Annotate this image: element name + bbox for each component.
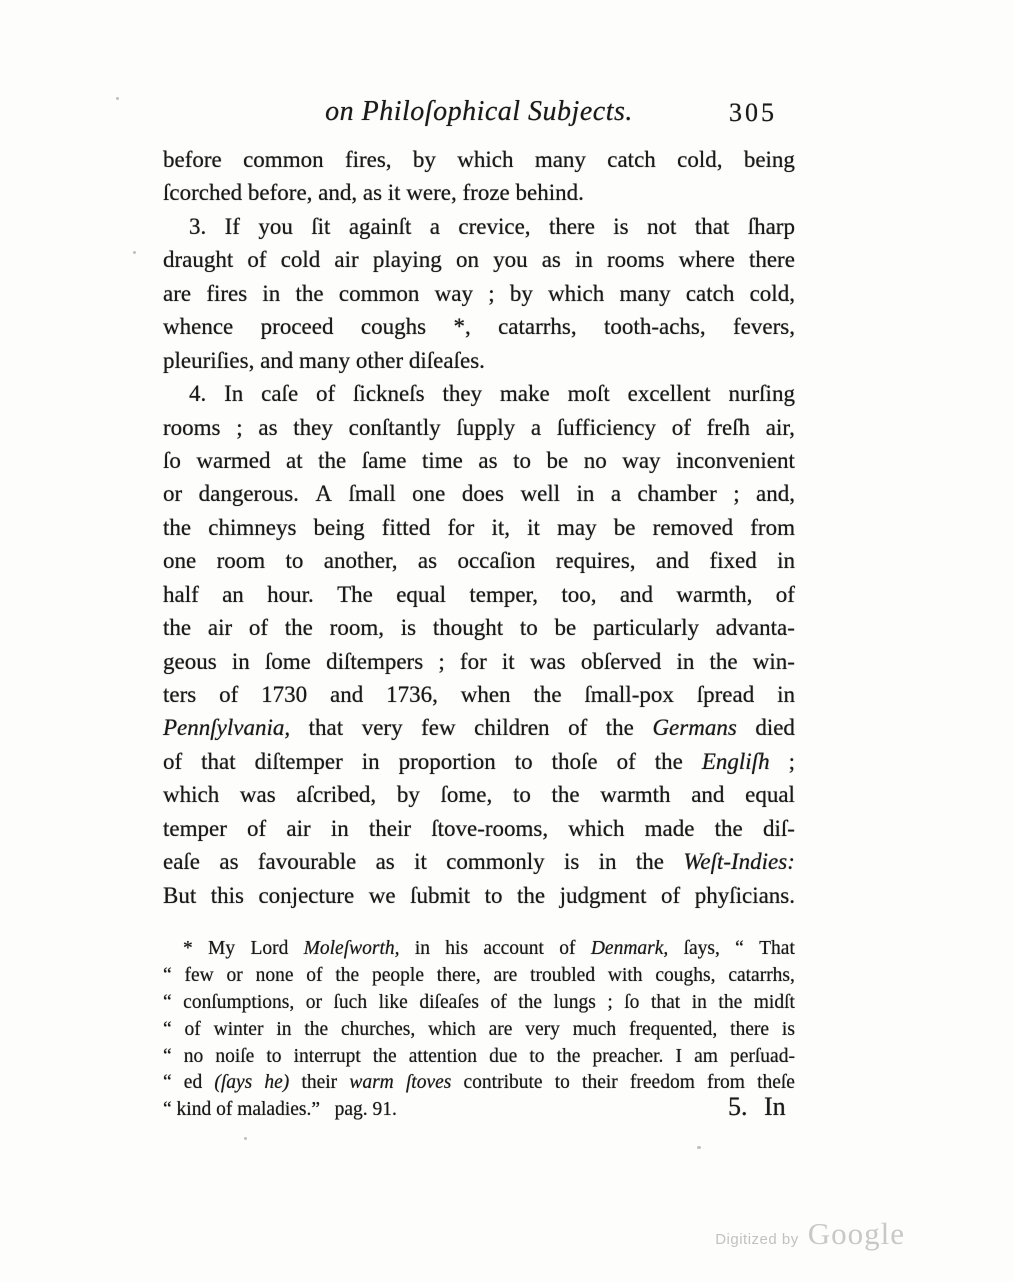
body-line: oneroomtoanother,asoccaſionrequires,andf… <box>163 547 795 580</box>
footnote-line: “ed(ſayshe)theirwarmſtovescontributetoth… <box>163 1072 795 1099</box>
body-line: ſowarmedattheſametimeastobenowayinconven… <box>163 447 795 480</box>
scan-speck <box>244 1137 247 1140</box>
footnote: *MyLordMoleſworth,inhisaccountofDenmark,… <box>163 938 795 1126</box>
body-line: 3.Ifyouſitagainſtacrevice,thereisnotthat… <box>163 213 795 246</box>
body-line: draughtofcoldairplayingonyouasinroomswhe… <box>163 246 795 279</box>
body-line: Butthisconjectureweſubmittothejudgmentof… <box>163 882 795 915</box>
page-number: 305 <box>729 98 777 128</box>
scan-speck <box>133 251 136 254</box>
footnote-line: “fewornoneofthepeoplethere,aretroubledwi… <box>163 965 795 992</box>
body-line: tersof1730and1736,whentheſmall-poxſpread… <box>163 681 795 714</box>
body-line: ofthatdiſtemperinproportiontothoſeoftheE… <box>163 748 795 781</box>
body-line: 4.Incaſeofſickneſstheymakemoſtexcellentn… <box>163 380 795 413</box>
footnote-line: *MyLordMoleſworth,inhisaccountofDenmark,… <box>163 938 795 965</box>
scan-speck <box>697 1146 701 1149</box>
body-line: temperofairintheirſtove-rooms,whichmadet… <box>163 815 795 848</box>
body-line: geousinſomediſtempers;foritwasobſervedin… <box>163 648 795 681</box>
body-line: whenceproceedcoughs*,catarrhs,tooth-achs… <box>163 313 795 346</box>
body-line: Pennſylvania,thatveryfewchildrenoftheGer… <box>163 714 795 747</box>
body-line: rooms;astheyconſtantlyſupplyaſufficiency… <box>163 414 795 447</box>
digitized-by-watermark: Digitized by Google <box>715 1216 905 1252</box>
body-line: ſcorched before, and, as it were, froze … <box>163 179 795 212</box>
book-page-scan: on Philoſophical Subjects. 305 beforecom… <box>0 0 1014 1282</box>
running-header: on Philoſophical Subjects. 305 <box>163 96 795 128</box>
body-line: beforecommonfires,bywhichmanycatchcold,b… <box>163 146 795 179</box>
footnote-line: “nonoiſetointerrupttheattentionduetothep… <box>163 1046 795 1073</box>
body-line: ordangerous.Aſmallonedoeswellinachamber;… <box>163 480 795 513</box>
scan-speck <box>116 97 119 100</box>
running-title: on Philoſophical Subjects. <box>325 96 633 128</box>
body-line: whichwasaſcribed,byſome,tothewarmthandeq… <box>163 781 795 814</box>
catchword: 5. In <box>728 1092 786 1122</box>
footnote-line: “ofwinterinthechurches,whichareverymuchf… <box>163 1019 795 1046</box>
body-line: halfanhour.Theequaltemper,too,andwarmth,… <box>163 581 795 614</box>
watermark-prefix: Digitized by <box>715 1231 799 1248</box>
body-line: arefiresinthecommonway;bywhichmanycatchc… <box>163 280 795 313</box>
body-text: beforecommonfires,bywhichmanycatchcold,b… <box>163 146 795 915</box>
footnote-line: “ kind of maladies.” pag. 91. <box>163 1099 795 1126</box>
body-line: thechimneysbeingfittedforit,itmayberemov… <box>163 514 795 547</box>
footnote-line: “conſumptions,orſuchlikediſeaſesofthelun… <box>163 992 795 1019</box>
body-line: eaſeasfavourableasitcommonlyisintheWeſt-… <box>163 848 795 881</box>
body-line: pleuriſies, and many other diſeaſes. <box>163 347 795 380</box>
body-line: theairoftheroom,isthoughttobeparticularl… <box>163 614 795 647</box>
google-logo: Google <box>808 1216 905 1252</box>
